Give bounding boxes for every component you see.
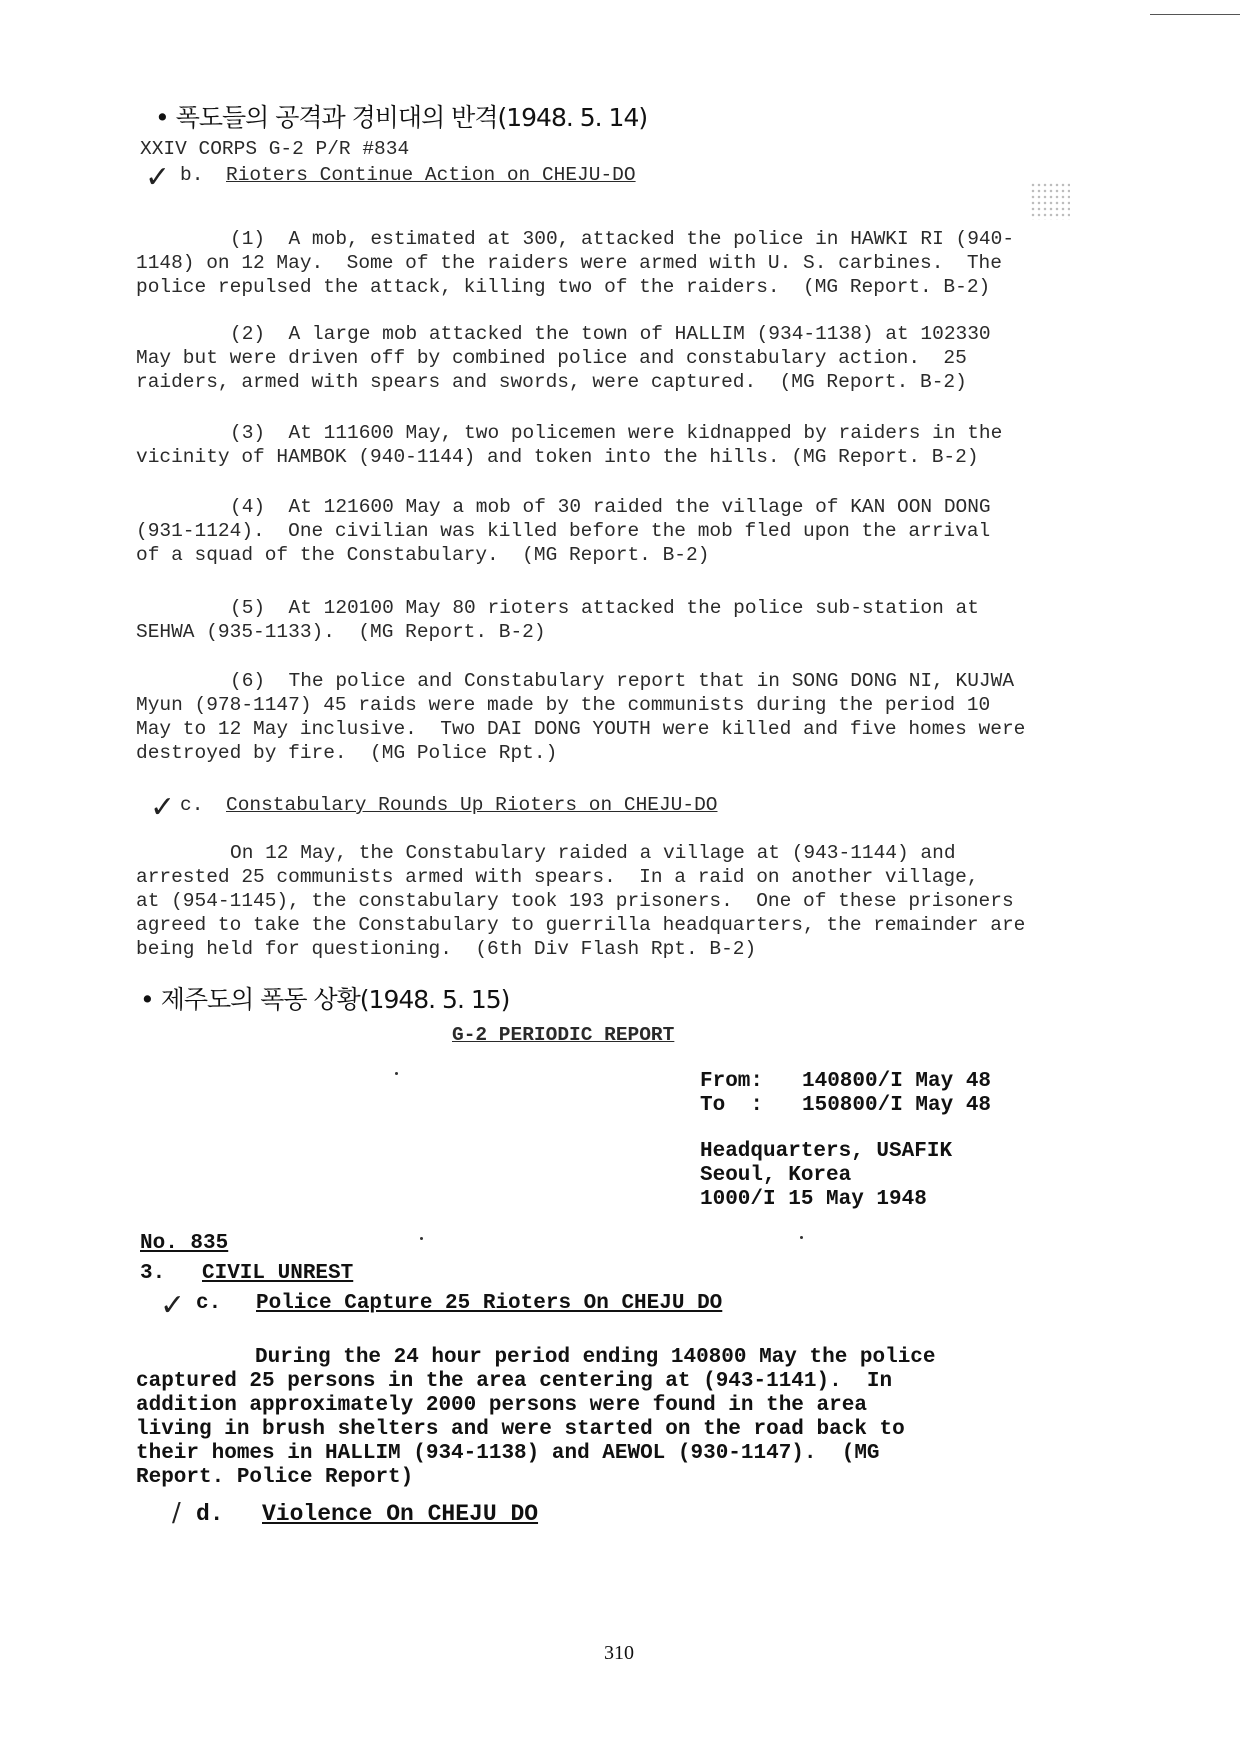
- from-value: 140800/I May 48: [802, 1070, 991, 1094]
- to-value: 150800/I May 48: [802, 1094, 991, 1118]
- paragraph-line: (1) A mob, estimated at 300, attacked th…: [230, 228, 1014, 252]
- reference-line: XXIV CORPS G-2 P/R #834: [140, 138, 409, 162]
- paragraph-line: living in brush shelters and were starte…: [136, 1418, 905, 1442]
- paragraph-line: their homes in HALLIM (934-1138) and AEW…: [136, 1442, 880, 1466]
- stamp-mark: [1030, 182, 1070, 220]
- from-label: From:: [700, 1070, 763, 1094]
- paragraph-line: being held for questioning. (6th Div Fla…: [136, 938, 756, 962]
- item-letter: b.: [180, 164, 203, 188]
- paragraph-line: (931-1124). One civilian was killed befo…: [136, 520, 990, 544]
- speck: [420, 1237, 423, 1240]
- paragraph-line: vicinity of HAMBOK (940-1144) and token …: [136, 446, 979, 470]
- checkmark-icon: ✓: [160, 1288, 185, 1323]
- paragraph-line: Report. Police Report): [136, 1466, 413, 1490]
- korean-heading-2: • 제주도의 폭동 상황(1948. 5. 15): [140, 980, 509, 1016]
- slash-mark-icon: /: [172, 1498, 181, 1528]
- paragraph-line: On 12 May, the Constabulary raided a vil…: [230, 842, 956, 866]
- paragraph-line: May to 12 May inclusive. Two DAI DONG YO…: [136, 718, 1025, 742]
- report-title: G-2 PERIODIC REPORT: [452, 1024, 674, 1048]
- paragraph-line: Myun (978-1147) 45 raids were made by th…: [136, 694, 990, 718]
- item-title: Constabulary Rounds Up Rioters on CHEJU-…: [226, 794, 717, 818]
- korean-heading-1: • 폭도들의 공격과 경비대의 반격(1948. 5. 14): [155, 98, 647, 134]
- hq-line: Seoul, Korea: [700, 1164, 851, 1188]
- speck: [395, 1072, 398, 1075]
- hq-line: 1000/I 15 May 1948: [700, 1188, 927, 1212]
- paragraph-line: (3) At 111600 May, two policemen were ki…: [230, 422, 1002, 446]
- paragraph-line: (4) At 121600 May a mob of 30 raided the…: [230, 496, 991, 520]
- paragraph-line: captured 25 persons in the area centerin…: [136, 1370, 892, 1394]
- checkmark-icon: ✓: [145, 160, 170, 195]
- paragraph-line: May but were driven off by combined poli…: [136, 347, 967, 371]
- paragraph-line: During the 24 hour period ending 140800 …: [255, 1346, 936, 1370]
- checkmark-icon: ✓: [150, 790, 175, 825]
- speck: [800, 1236, 803, 1239]
- paragraph-line: at (954-1145), the constabulary took 193…: [136, 890, 1014, 914]
- report-number: No. 835: [140, 1232, 228, 1256]
- to-label: To :: [700, 1094, 763, 1118]
- item-letter: c.: [196, 1292, 221, 1316]
- paragraph-line: raiders, armed with spears and swords, w…: [136, 371, 967, 395]
- paragraph-line: addition approximately 2000 persons were…: [136, 1394, 867, 1418]
- paragraph-line: agreed to take the Constabulary to guerr…: [136, 914, 1025, 938]
- paragraph-line: (5) At 120100 May 80 rioters attacked th…: [230, 597, 979, 621]
- paragraph-line: police repulsed the attack, killing two …: [136, 276, 990, 300]
- item-title: Rioters Continue Action on CHEJU-DO: [226, 164, 636, 188]
- item-title: Violence On CHEJU DO: [262, 1502, 538, 1526]
- paragraph-line: 1148) on 12 May. Some of the raiders wer…: [136, 252, 1002, 276]
- paragraph-line: of a squad of the Constabulary. (MG Repo…: [136, 544, 709, 568]
- scan-edge-line: [1150, 14, 1240, 15]
- paragraph-line: (2) A large mob attacked the town of HAL…: [230, 323, 991, 347]
- section-number: 3.: [140, 1262, 165, 1286]
- item-letter: c.: [180, 794, 203, 818]
- paragraph-line: destroyed by fire. (MG Police Rpt.): [136, 742, 557, 766]
- page-number: 310: [604, 1642, 634, 1665]
- hq-line: Headquarters, USAFIK: [700, 1140, 952, 1164]
- paragraph-line: arrested 25 communists armed with spears…: [136, 866, 979, 890]
- item-title: Police Capture 25 Rioters On CHEJU DO: [256, 1292, 722, 1316]
- section-heading: CIVIL UNREST: [202, 1262, 353, 1286]
- paragraph-line: (6) The police and Constabulary report t…: [230, 670, 1014, 694]
- item-letter: d.: [196, 1502, 224, 1526]
- paragraph-line: SEHWA (935-1133). (MG Report. B-2): [136, 621, 546, 645]
